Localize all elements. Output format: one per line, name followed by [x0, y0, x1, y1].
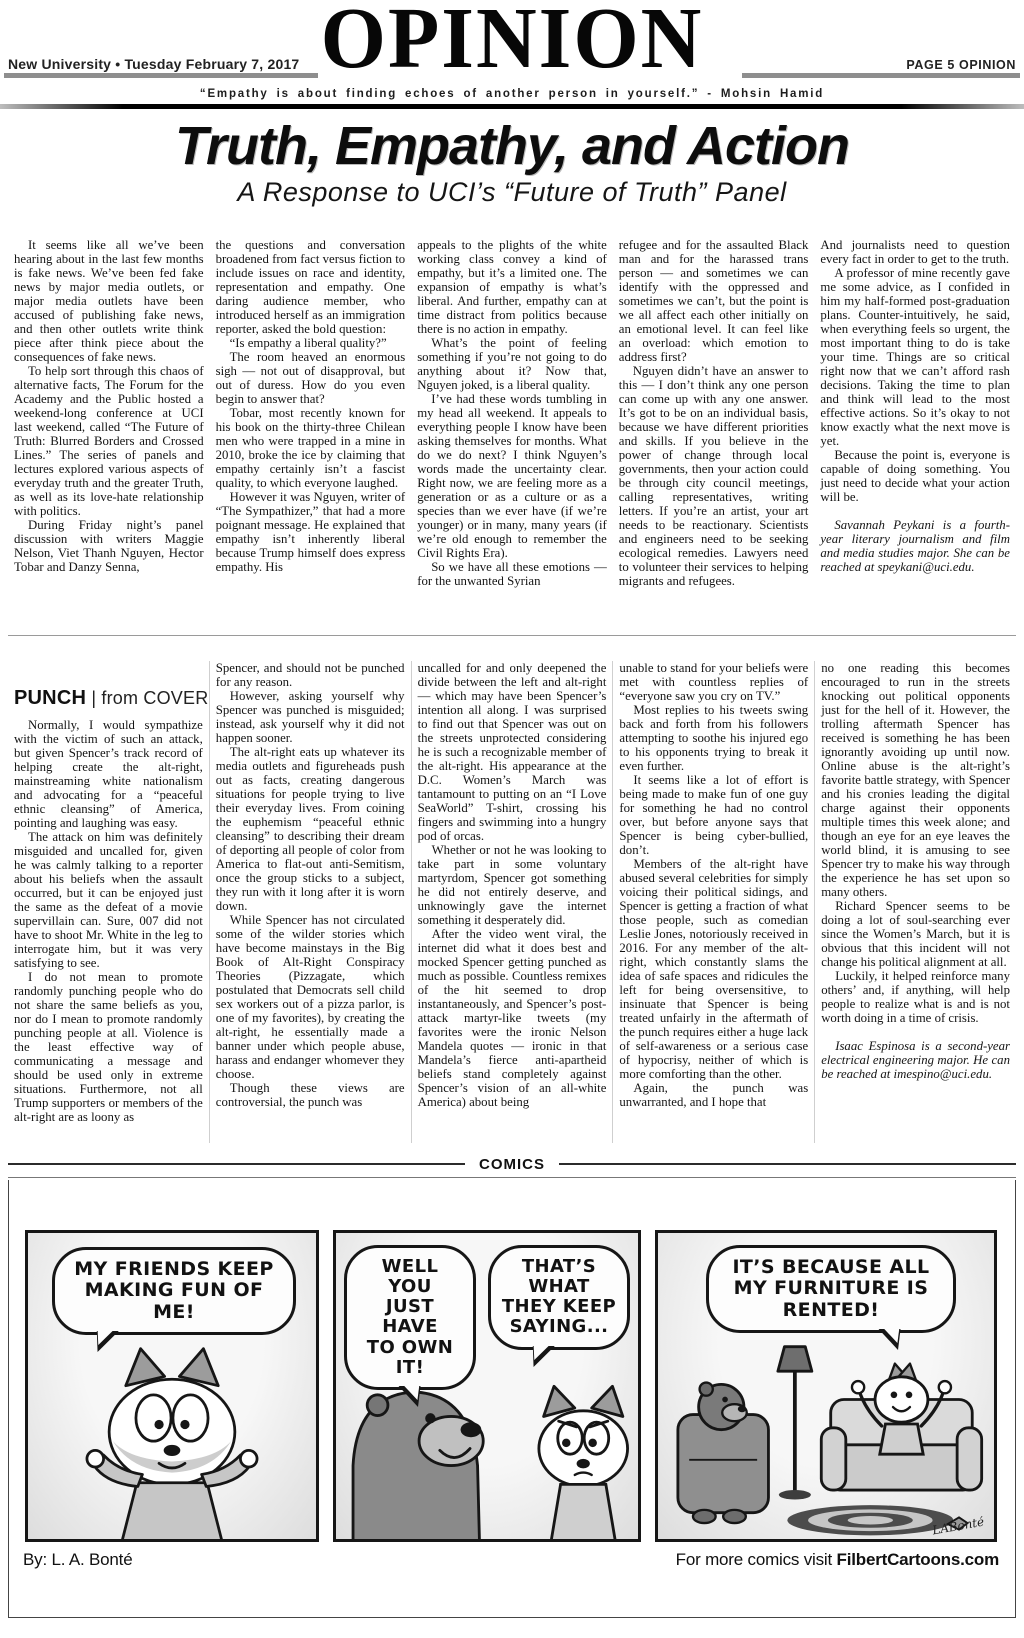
paragraph: unable to stand for your beliefs were me… [619, 661, 808, 703]
paragraph: After the video went viral, the internet… [418, 927, 607, 1109]
paragraph: refugee and for the assaulted Black man … [619, 238, 809, 364]
paragraph: And journalists need to question every f… [820, 238, 1010, 266]
paragraph: Whether or not he was looking to take pa… [418, 843, 607, 927]
comic-strip-box: MY FRIENDS KEEP MAKING FUN OF ME! [8, 1180, 1016, 1618]
slug-from-cover: | from COVER [86, 688, 208, 708]
paragraph: I do not mean to promote randomly punchi… [14, 970, 203, 1124]
paragraph: the questions and conversation broadened… [216, 238, 406, 336]
fox-character-illustration [28, 1345, 316, 1541]
paragraph: While Spencer has not circulated some of… [216, 913, 405, 1081]
article1-column-3: appeals to the plights of the white work… [411, 238, 613, 610]
paragraph: A professor of mine recently gave me som… [820, 266, 1010, 448]
masthead: OPINION New University • Tuesday Februar… [0, 0, 1024, 112]
article2-column-5: no one reading this becomes encouraged t… [814, 661, 1016, 1143]
paragraph: uncalled for and only deepened the divid… [418, 661, 607, 843]
paragraph: It seems like all we’ve been hearing abo… [14, 238, 204, 364]
article-divider-rule [8, 635, 1016, 636]
comics-section-title: COMICS [465, 1156, 559, 1173]
speech-bubble-fox: MY FRIENDS KEEP MAKING FUN OF ME! [52, 1247, 296, 1335]
comics-section-header: COMICS [8, 1155, 1016, 1173]
comics-subrule [8, 1177, 1016, 1178]
paper-name-date: New University • Tuesday February 7, 201… [8, 56, 299, 72]
paragraph: appeals to the plights of the white work… [417, 238, 607, 336]
paragraph: Normally, I would sympathize with the vi… [14, 718, 203, 830]
article1-column-4: refugee and for the assaulted Black man … [613, 238, 815, 610]
paragraph: However it was Nguyen, writer of “The Sy… [216, 490, 406, 574]
paragraph: However, asking yourself why Spencer was… [216, 689, 405, 745]
article1-column-1: It seems like all we’ve been hearing abo… [8, 238, 210, 610]
masthead-thick-rule [0, 104, 1024, 109]
paragraph: Again, the punch was unwarranted, and I … [619, 1081, 808, 1109]
paragraph: What’s the point of feeling something if… [417, 336, 607, 392]
paragraph: Though these views are controversial, th… [216, 1081, 405, 1109]
page-number: PAGE 5 OPINION [906, 58, 1016, 72]
living-room-scene-illustration [658, 1341, 994, 1541]
comic-captions: By: L. A. Bonté For more comics visit Fi… [9, 1542, 1015, 1570]
article-subhead: A Response to UCI’s “Future of Truth” Pa… [0, 177, 1024, 208]
paragraph: To help sort through this chaos of alter… [14, 364, 204, 518]
slug-title: PUNCH [14, 687, 86, 709]
paragraph: The alt-right eats up whatever its media… [216, 745, 405, 913]
paragraph: Richard Spencer seems to be doing a lot … [821, 899, 1010, 969]
comic-footer-text: For more comics visit [676, 1550, 837, 1569]
article-headline: Truth, Empathy, and Action [0, 118, 1024, 175]
masthead-rule-right [742, 73, 1020, 78]
article2-column-3: uncalled for and only deepened the divid… [411, 661, 613, 1143]
author-bio: Isaac Espinosa is a second-year electric… [821, 1039, 1010, 1081]
paragraph: So we have all these emotions — for the … [417, 560, 607, 588]
paragraph: The room heaved an enormous sigh — not o… [216, 350, 406, 406]
comic-footer: For more comics visit FilbertCartoons.co… [676, 1550, 999, 1570]
article2-column-2: Spencer, and should not be punched for a… [209, 661, 411, 1143]
speech-bubble-punchline: IT’S BECAUSE ALL MY FURNITURE IS RENTED! [706, 1245, 956, 1333]
continued-slug: PUNCH | from COVER [14, 687, 203, 710]
paragraph: Nguyen didn’t have an answer to this — I… [619, 364, 809, 588]
speech-bubble-bear: WELL YOU JUST HAVE TO OWN IT! [344, 1245, 476, 1390]
paragraph: Members of the alt-right have abused sev… [619, 857, 808, 1081]
masthead-rule-left [4, 73, 318, 78]
paragraph: Tobar, most recently known for his book … [216, 406, 406, 490]
article2-column-4: unable to stand for your beliefs were me… [612, 661, 814, 1143]
newspaper-opinion-page: OPINION New University • Tuesday Februar… [0, 0, 1024, 1638]
comic-strip: MY FRIENDS KEEP MAKING FUN OF ME! [9, 1180, 1015, 1542]
article1-column-5: And journalists need to question every f… [814, 238, 1016, 610]
paragraph: During Friday night’s panel discussion w… [14, 518, 204, 574]
speech-bubble-fox-reply: THAT’S WHAT THEY KEEP SAYING... [488, 1245, 630, 1350]
masthead-quote: “Empathy is about finding echoes of anot… [0, 88, 1024, 100]
comic-panel-2: WELL YOU JUST HAVE TO OWN IT! THAT’S WHA… [333, 1230, 641, 1542]
article-punch-from-cover: PUNCH | from COVER Normally, I would sym… [0, 661, 1024, 1143]
paragraph: Spencer, and should not be punched for a… [216, 661, 405, 689]
comic-byline: By: L. A. Bonté [23, 1550, 132, 1570]
paragraph: I’ve had these words tumbling in my head… [417, 392, 607, 560]
paragraph: It seems like a lot of effort is being m… [619, 773, 808, 857]
paragraph: Luckily, it helped reinforce many others… [821, 969, 1010, 1025]
article-truth-empathy-action: It seems like all we’ve been hearing abo… [0, 238, 1024, 610]
comic-panel-3: IT’S BECAUSE ALL MY FURNITURE IS RENTED! [655, 1230, 997, 1542]
paragraph: Because the point is, everyone is capabl… [820, 448, 1010, 504]
paragraph: no one reading this becomes encouraged t… [821, 661, 1010, 899]
headline-block: Truth, Empathy, and Action A Response to… [0, 112, 1024, 232]
comic-panel-1: MY FRIENDS KEEP MAKING FUN OF ME! [25, 1230, 319, 1542]
author-bio: Savannah Peykani is a fourth-year litera… [820, 518, 1010, 574]
paragraph: Most replies to his tweets swing back an… [619, 703, 808, 773]
paragraph: “Is empathy a liberal quality?” [216, 336, 406, 350]
paragraph: The attack on him was definitely misguid… [14, 830, 203, 970]
article2-column-1: PUNCH | from COVER Normally, I would sym… [8, 661, 209, 1143]
comic-website: FilbertCartoons.com [837, 1550, 999, 1569]
article1-column-2: the questions and conversation broadened… [210, 238, 412, 610]
